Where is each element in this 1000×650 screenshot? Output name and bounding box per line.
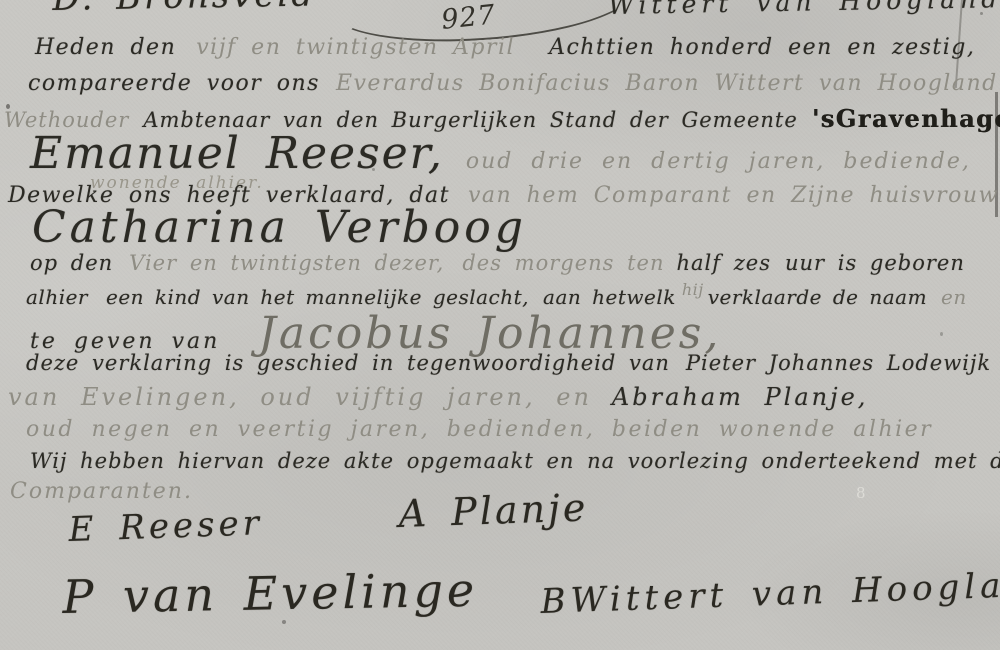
text-run: Everardus Bonifacius Baron Wittert van H… <box>336 71 998 96</box>
text-run: aan hetwelk <box>543 285 676 309</box>
text-run: verklaarde de naam <box>708 285 927 309</box>
text-run: Pieter Johannes Lodewijk <box>686 351 991 375</box>
text-run: oud drie en dertig jaren, bediende, <box>466 149 971 174</box>
text-run: 927 <box>440 0 497 36</box>
line-witnesses-1: deze verklaring is geschied in tegenwoor… <box>26 352 997 375</box>
text-run: Wij hebben hiervan deze akte opgemaakt e… <box>30 449 1000 473</box>
text-run: vijf en twintigsten April <box>196 35 515 60</box>
text-run: A Planje <box>398 485 589 536</box>
signature-van-evelinge: P van Evelinge <box>62 565 485 623</box>
text-run: 8 <box>856 484 867 502</box>
text-run: oud negen en veertig jaren, bedienden, b… <box>26 417 933 442</box>
signature-planje: A Planje <box>398 487 595 536</box>
text-run: BWittert van Hoogland <box>540 564 1000 622</box>
text-run: van hem Comparant en Zijne huisvrouw <box>468 183 999 208</box>
header-act-number: 927 <box>440 0 503 36</box>
text-run: hij <box>682 280 704 299</box>
line-birth-date: op denVier en twintigsten dezer,des morg… <box>30 252 971 275</box>
line-witnesses-2: van Evelingen, oud vijftig jaren, enAbra… <box>8 384 874 410</box>
mark-white-digit: 8 <box>856 480 873 504</box>
text-run: E Reeser <box>68 503 264 550</box>
line-compareerde: compareerde voor onsEverardus Bonifacius… <box>28 72 1000 96</box>
text-run: des morgens ten <box>462 251 664 275</box>
text-run: Abraham Planje, <box>612 383 869 411</box>
text-run: D. Bronsveld <box>52 0 316 19</box>
line-closing-1: Wij hebben hiervan deze akte opgemaakt e… <box>30 450 1000 473</box>
text-run: deze verklaring is geschied in tegenwoor… <box>26 351 670 375</box>
text-run: compareerde voor ons <box>28 71 320 96</box>
text-run: Heden den <box>35 35 176 60</box>
text-run: een kind van het mannelijke geslacht, <box>106 285 529 309</box>
text-run: half zes <box>677 251 771 275</box>
text-run: en <box>941 285 967 309</box>
text-run: P van Evelinge <box>62 563 479 624</box>
text-run: Vier en twintigsten dezer, <box>129 251 444 275</box>
line-mother-name: Catharina Verboog <box>32 206 533 250</box>
signature-wittert-van-hoogland: BWittert van Hoogland <box>540 566 1000 622</box>
text-run: op den <box>30 251 113 275</box>
text-run: Catharina Verboog <box>32 202 527 253</box>
header-fragment-left-signature: D. Bronsveld <box>52 0 322 20</box>
text-run: van Evelingen, oud vijftig jaren, en <box>8 383 592 411</box>
line-date-opening: Heden denvijf en twintigsten AprilAchtti… <box>35 36 981 60</box>
header-fragment-right-signature: Wittert van Hoogland <box>608 0 1000 19</box>
text-run: 'sGravenhage, <box>812 104 1000 133</box>
text-run: uur is geboren <box>785 251 965 275</box>
text-run: Comparanten. <box>10 479 193 504</box>
line-witnesses-3: oud negen en veertig jaren, bedienden, b… <box>26 418 939 442</box>
signature-reeser: E Reeser <box>68 505 269 549</box>
ink-speck <box>940 332 943 336</box>
line-kind-geslacht: alhiereen kind van het mannelijke geslac… <box>26 286 973 308</box>
ink-speck <box>282 620 286 624</box>
line-closing-2: Comparanten. <box>10 480 199 504</box>
document-page: D. Bronsveld927Wittert van HooglandHeden… <box>0 0 1000 650</box>
text-run: alhier <box>26 285 88 309</box>
text-run: Achttien honderd een en zestig, <box>549 35 975 60</box>
text-run: Wittert van Hoogland <box>608 0 1000 20</box>
line-child-name: te geven vanJacobus Johannes, <box>30 312 727 356</box>
